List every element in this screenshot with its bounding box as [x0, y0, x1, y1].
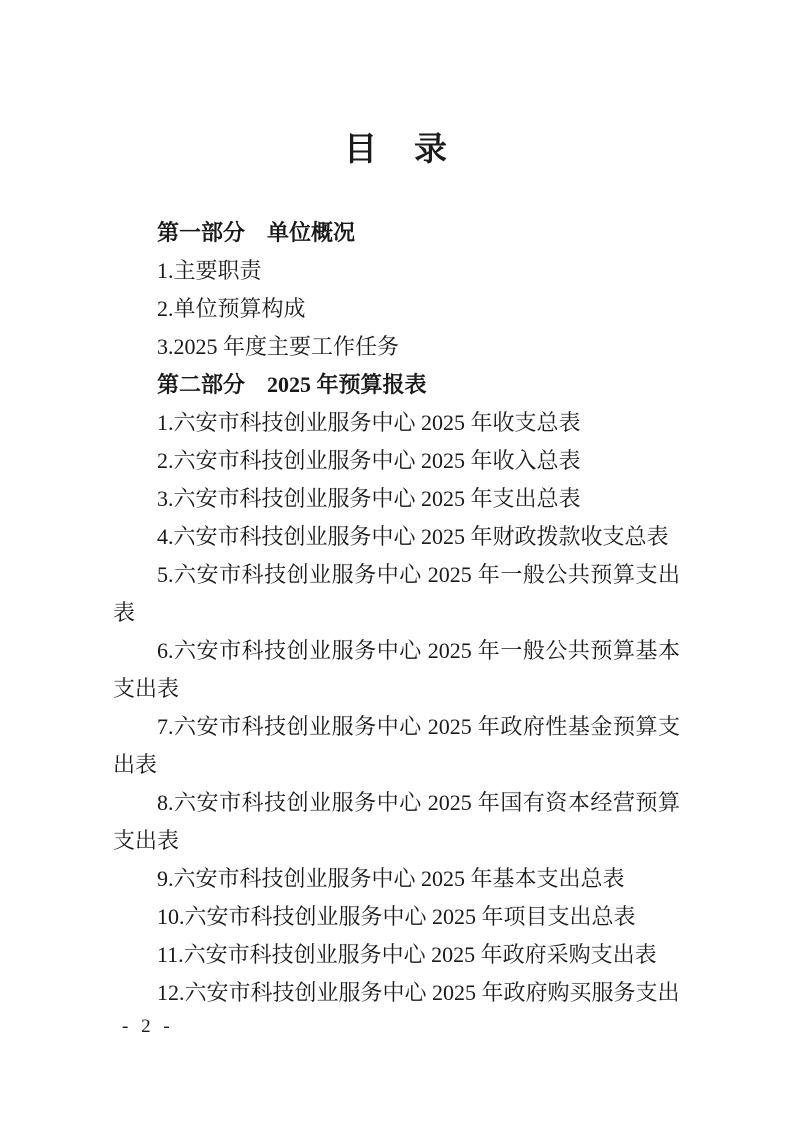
toc-item: 12.六安市科技创业服务中心 2025 年政府购买服务支出 — [113, 974, 680, 1012]
page-title: 目 录 — [113, 128, 680, 172]
section-heading-part-2: 第二部分 2025 年预算报表 — [113, 366, 680, 404]
toc-item: 3.六安市科技创业服务中心 2025 年支出总表 — [113, 480, 680, 518]
table-of-contents: 第一部分 单位概况 1.主要职责 2.单位预算构成 3.2025 年度主要工作任… — [113, 214, 680, 1012]
toc-item: 6.六安市科技创业服务中心 2025 年一般公共预算基本支出表 — [113, 632, 680, 708]
section-heading-part-1: 第一部分 单位概况 — [113, 214, 680, 252]
toc-item: 2.六安市科技创业服务中心 2025 年收入总表 — [113, 442, 680, 480]
page-number: - 2 - — [122, 1016, 174, 1038]
toc-item: 1.六安市科技创业服务中心 2025 年收支总表 — [113, 404, 680, 442]
toc-item: 4.六安市科技创业服务中心 2025 年财政拨款收支总表 — [113, 518, 680, 556]
document-page: 目 录 第一部分 单位概况 1.主要职责 2.单位预算构成 3.2025 年度主… — [0, 0, 793, 1122]
toc-item: 11.六安市科技创业服务中心 2025 年政府采购支出表 — [113, 936, 680, 974]
toc-item: 10.六安市科技创业服务中心 2025 年项目支出总表 — [113, 898, 680, 936]
toc-item: 3.2025 年度主要工作任务 — [113, 328, 680, 366]
toc-item: 9.六安市科技创业服务中心 2025 年基本支出总表 — [113, 860, 680, 898]
toc-item: 5.六安市科技创业服务中心 2025 年一般公共预算支出表 — [113, 556, 680, 632]
toc-item: 1.主要职责 — [113, 252, 680, 290]
toc-item: 7.六安市科技创业服务中心 2025 年政府性基金预算支出表 — [113, 708, 680, 784]
toc-item: 2.单位预算构成 — [113, 290, 680, 328]
toc-item: 8.六安市科技创业服务中心 2025 年国有资本经营预算支出表 — [113, 784, 680, 860]
